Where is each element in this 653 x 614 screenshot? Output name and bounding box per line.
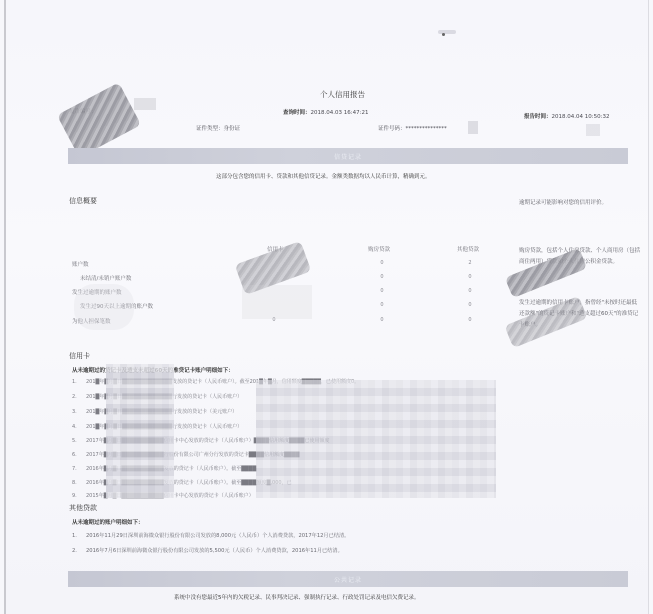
section-band-title: 公共记录 [334, 575, 362, 584]
table-cell: 0 [460, 302, 480, 308]
list-item: 2.2016年7月6日深圳前海微众银行股份有限公司发放的5,500元（人民币）个… [72, 547, 343, 554]
section-band-title: 信贷记录 [334, 152, 362, 161]
id-number: 证件号码：*************** [378, 124, 447, 132]
redaction-block [468, 121, 478, 134]
redaction-mosaic [106, 364, 174, 498]
query-time: 查询时间：2018.04.03 16:47:21 [283, 108, 368, 116]
column-header-other-loans: 其他贷款 [457, 245, 479, 253]
credit-cards-title: 信用卡 [69, 351, 90, 361]
credit-report-page: 个人信用报告 报告编号： 查询时间：2018.04.03 16:47:21 报告… [4, 0, 649, 614]
id-type: 证件类型：身份证 [196, 124, 240, 132]
table-cell: 0 [372, 317, 392, 323]
table-cell: 0 [372, 302, 392, 308]
redaction-block [134, 98, 156, 110]
table-cell: 0 [460, 274, 480, 280]
table-cell: 2 [460, 260, 480, 266]
id-type-label: 证件类型： [196, 126, 224, 132]
redaction-block [586, 124, 600, 136]
query-time-value: 2018.04.03 16:47:21 [311, 110, 369, 116]
report-time-value: 2018.04.04 10:50:32 [552, 114, 610, 120]
redaction-block [242, 285, 312, 319]
report-time: 报告时间：2018.04.04 10:50:32 [524, 112, 609, 120]
report-title: 个人信用报告 [320, 89, 365, 100]
row-label: 未结清/未销户账户数 [80, 274, 131, 282]
other-loans-title: 其他贷款 [69, 503, 97, 513]
query-time-label: 查询时间： [283, 110, 311, 116]
credit-record-intro: 这部分包含您的信用卡、贷款和其他信贷记录。金额类数据均以人民币计算，精确到元。 [216, 172, 431, 180]
other-loans-subtitle: 从未逾期过的账户明细如下： [72, 518, 144, 526]
table-cell: 0 [372, 260, 392, 266]
table-cell: 0 [460, 288, 480, 294]
scan-artifact [438, 30, 456, 34]
section-band-public-record: 公共记录 [68, 571, 628, 587]
id-number-label: 证件号码： [378, 126, 406, 132]
scan-artifact [442, 33, 445, 36]
row-label: 账户数 [72, 260, 89, 268]
report-time-label: 报告时间： [524, 114, 552, 120]
column-header-mortgage: 购房贷款 [368, 245, 390, 253]
id-type-value: 身份证 [224, 126, 241, 132]
summary-title: 信息概要 [69, 196, 97, 206]
section-band-credit-record: 信贷记录 [68, 148, 628, 164]
id-number-value: *************** [406, 126, 447, 132]
redaction-mosaic [256, 380, 496, 498]
table-cell: 0 [372, 288, 392, 294]
public-record-note: 系统中没有您最近5年内的欠税记录、民事判决记录、强制执行记录、行政处罚记录及电信… [174, 593, 420, 601]
redaction-block [74, 284, 134, 330]
side-note-overdue: 逾期记录可能影响对您的信用评价。 [519, 198, 641, 208]
list-item: 1.2016年11月29日深圳前海微众银行股份有限公司发放的8,000元（人民币… [72, 532, 349, 539]
table-cell: 0 [460, 317, 480, 323]
table-cell: 0 [372, 274, 392, 280]
redaction-scribble [57, 82, 141, 157]
